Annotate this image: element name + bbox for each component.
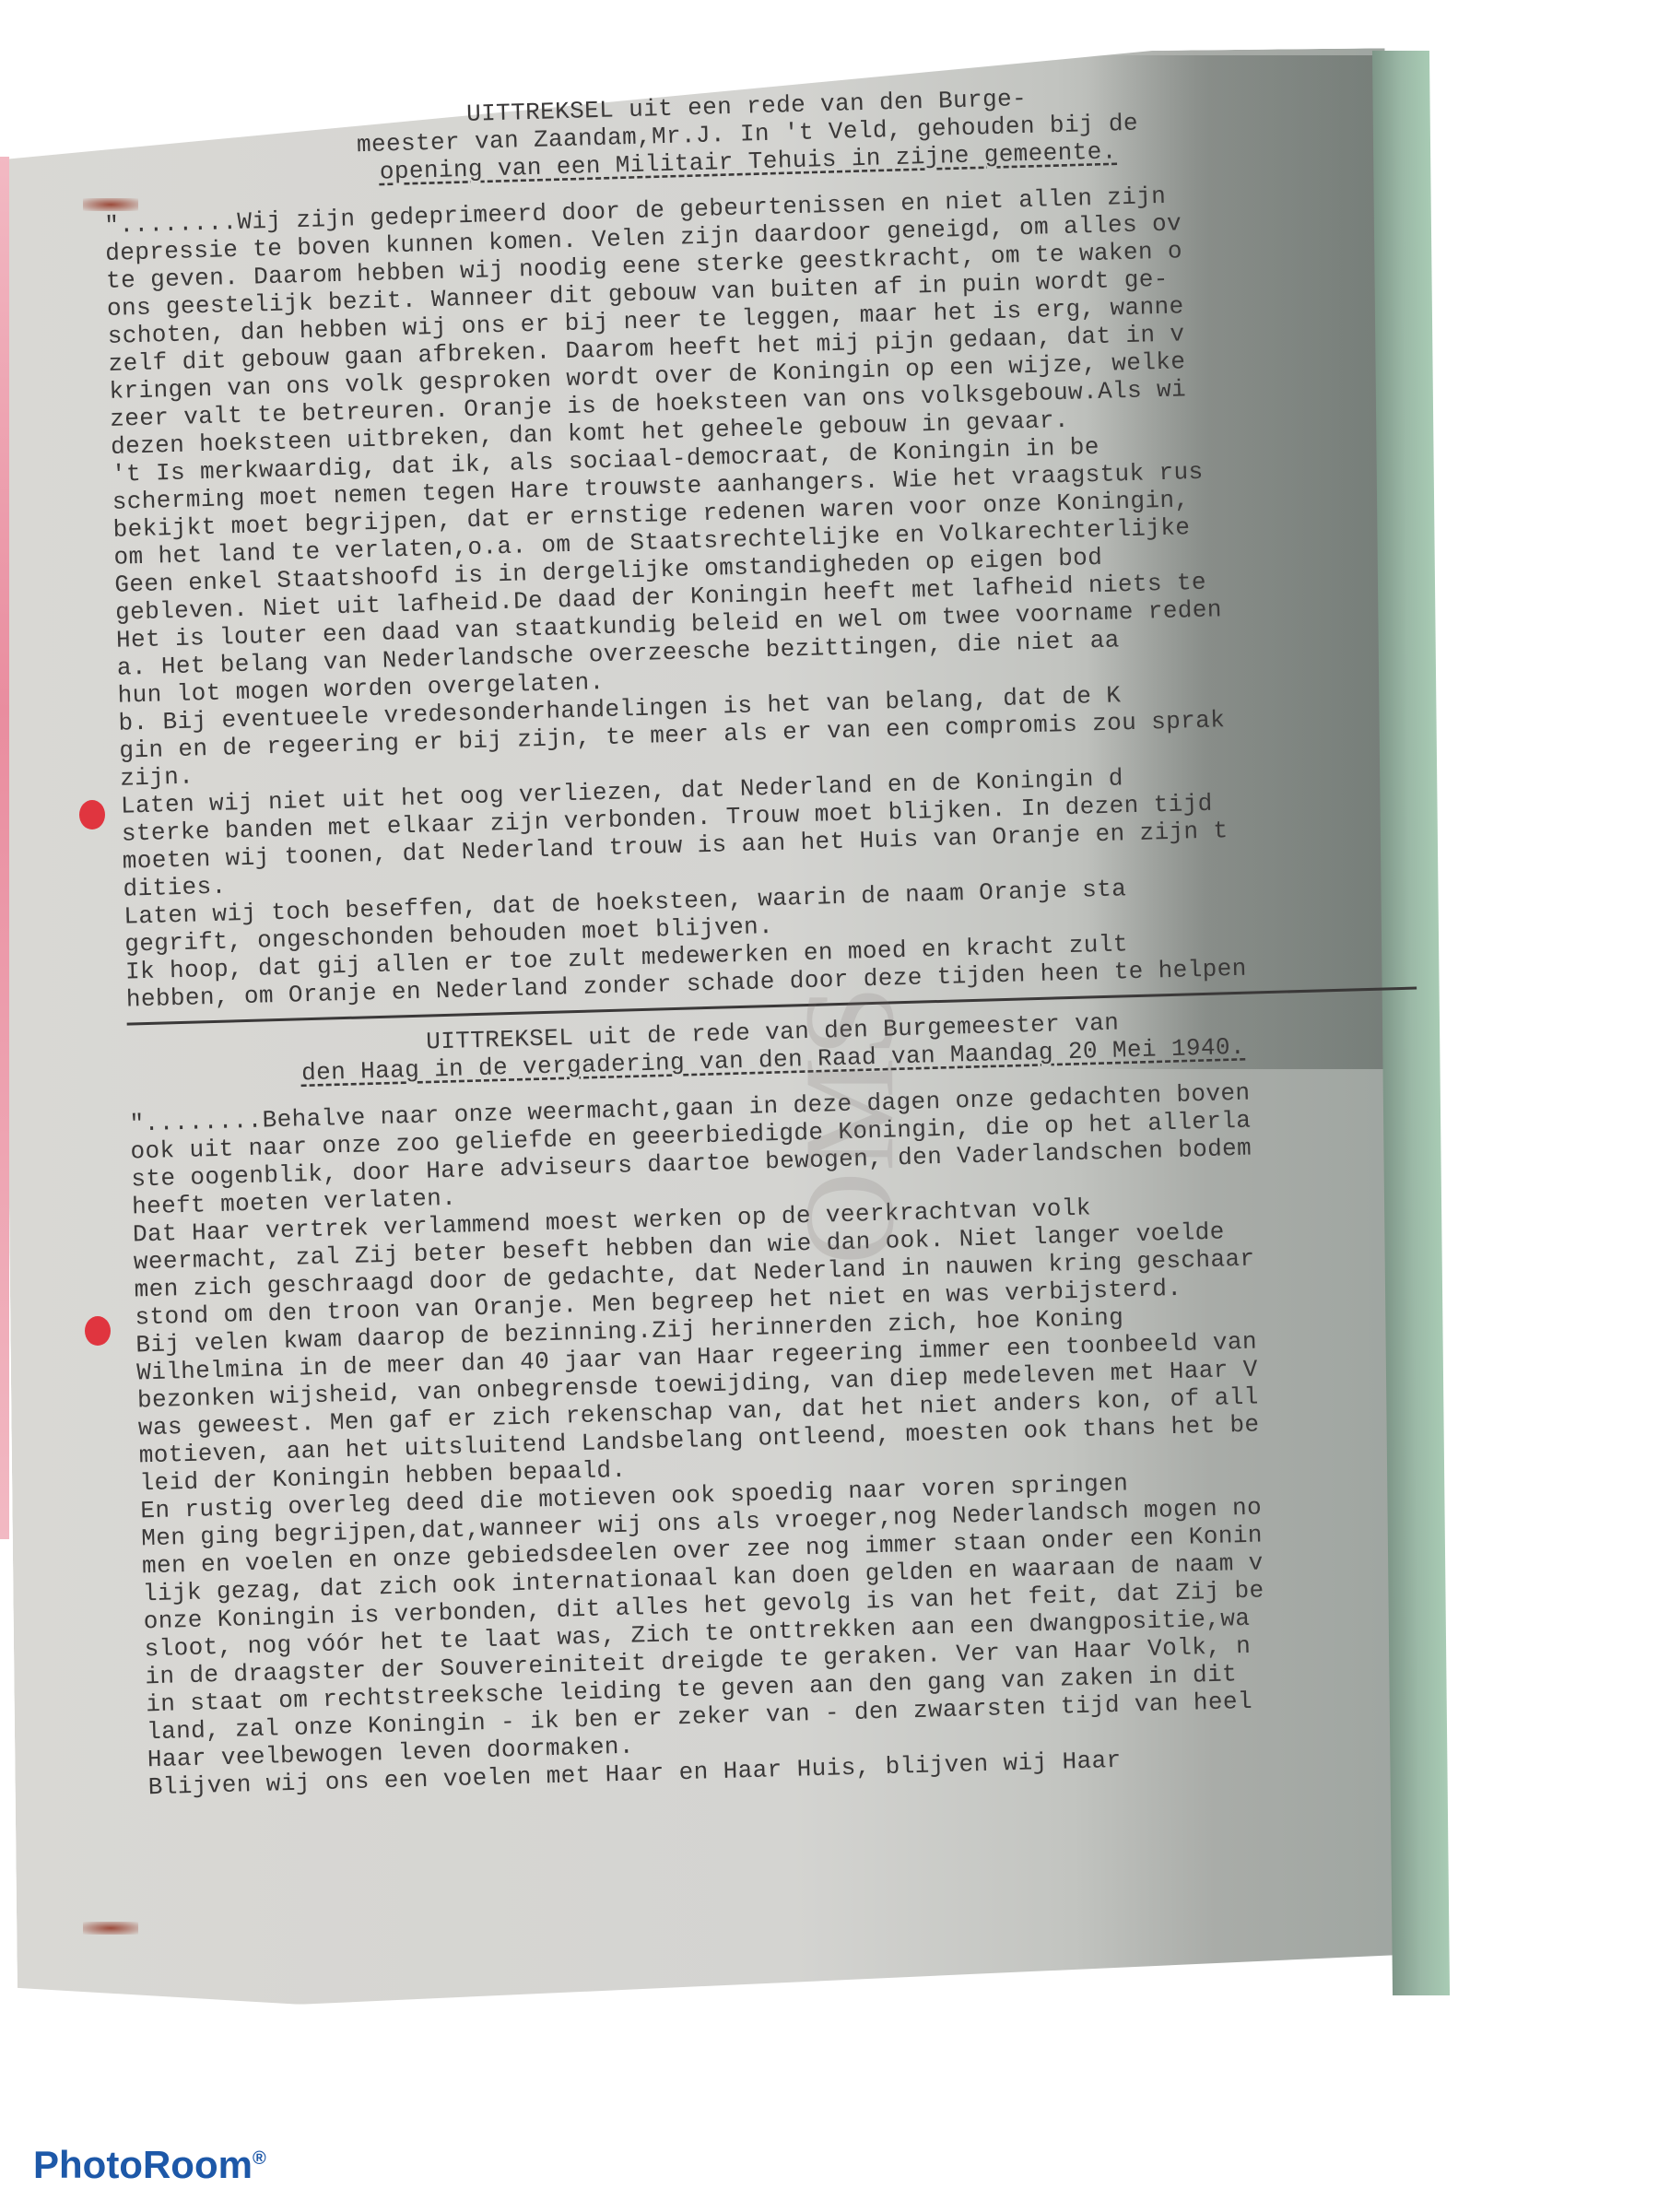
typewritten-document: UITTREKSEL uit een rede van den Burge- m… <box>101 75 1439 1801</box>
red-margin-edge <box>0 157 9 1539</box>
red-punch-dot <box>85 1316 111 1346</box>
rust-stain-bottom <box>83 1922 138 1935</box>
photoroom-logo: PhotoRoom® <box>33 2143 266 2187</box>
section-body: "........Wij zijn gedeprimeerd door de g… <box>104 176 1417 1014</box>
watermark: OMS <box>775 985 923 1265</box>
speech-excerpt-zaandam: UITTREKSEL uit een rede van den Burge- m… <box>101 75 1417 1014</box>
red-punch-dot <box>79 800 105 829</box>
logo-text: PhotoRoom <box>33 2143 253 2186</box>
registered-mark: ® <box>253 2148 266 2169</box>
